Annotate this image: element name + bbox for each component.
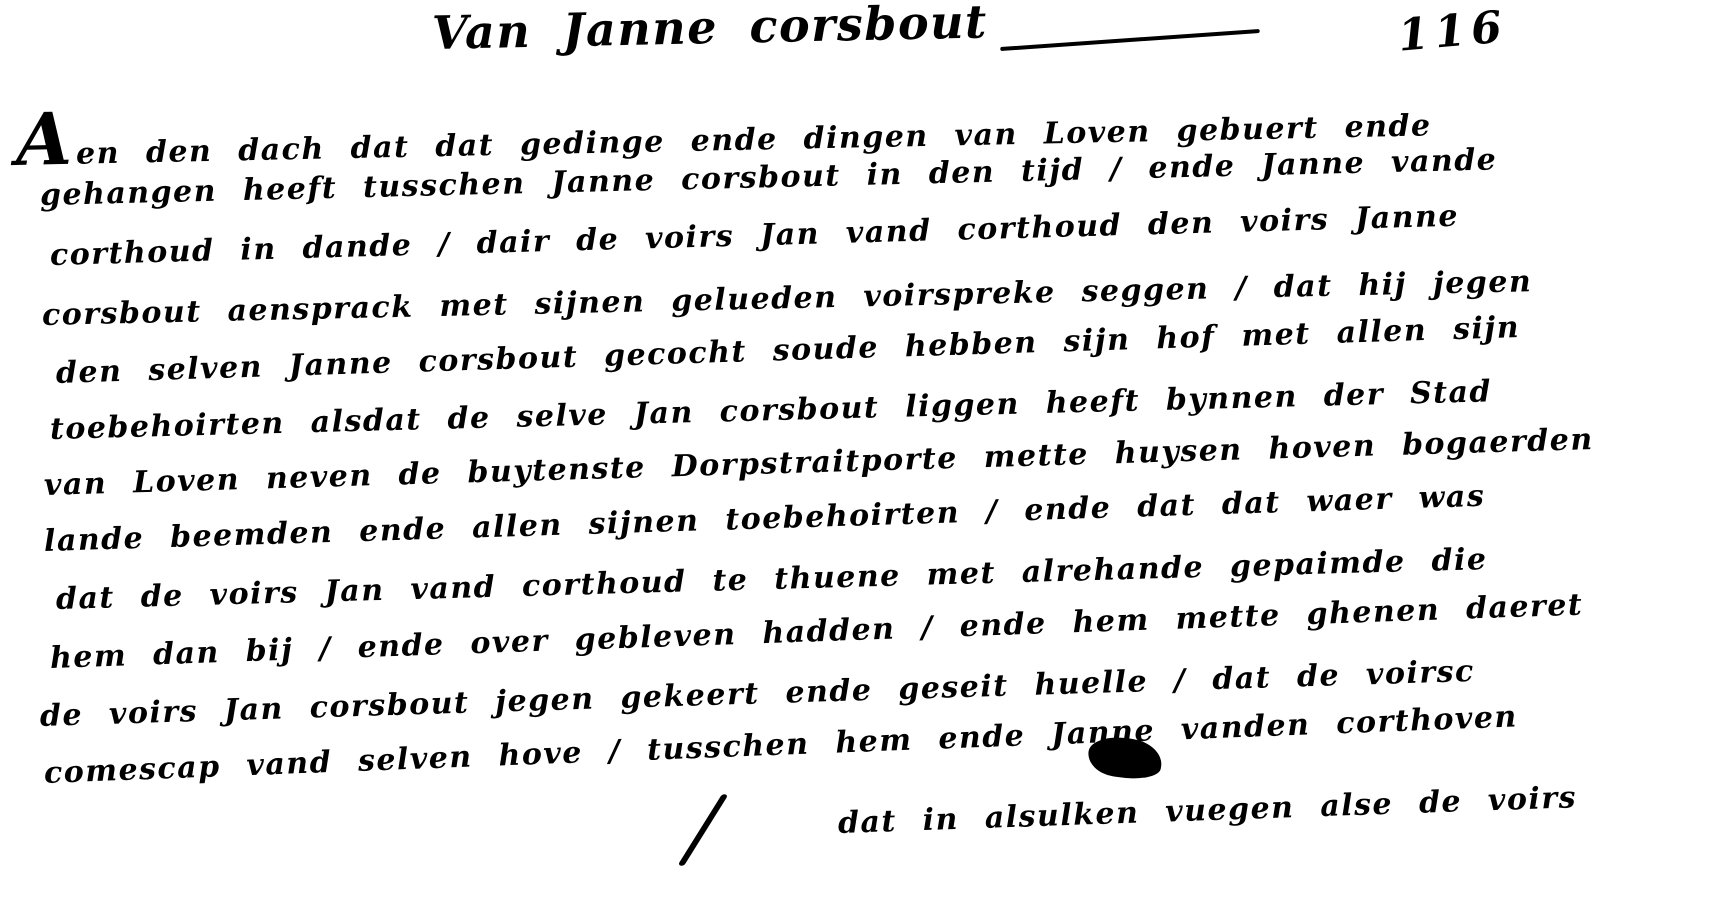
- manuscript-page: Van Janne corsbout 116 Aen den dach dat …: [0, 0, 1721, 924]
- manuscript-heading: Van Janne corsbout: [431, 0, 988, 60]
- heading-flourish-stroke: [1000, 29, 1260, 51]
- manuscript-line-13: dat in alsulken vuegen alse de voirs: [837, 780, 1577, 841]
- folio-number: 116: [1396, 1, 1510, 61]
- pen-flourish-stroke: [678, 794, 728, 867]
- manuscript-line-3: corthoud in dande / dair de voirs Jan va…: [50, 199, 1460, 273]
